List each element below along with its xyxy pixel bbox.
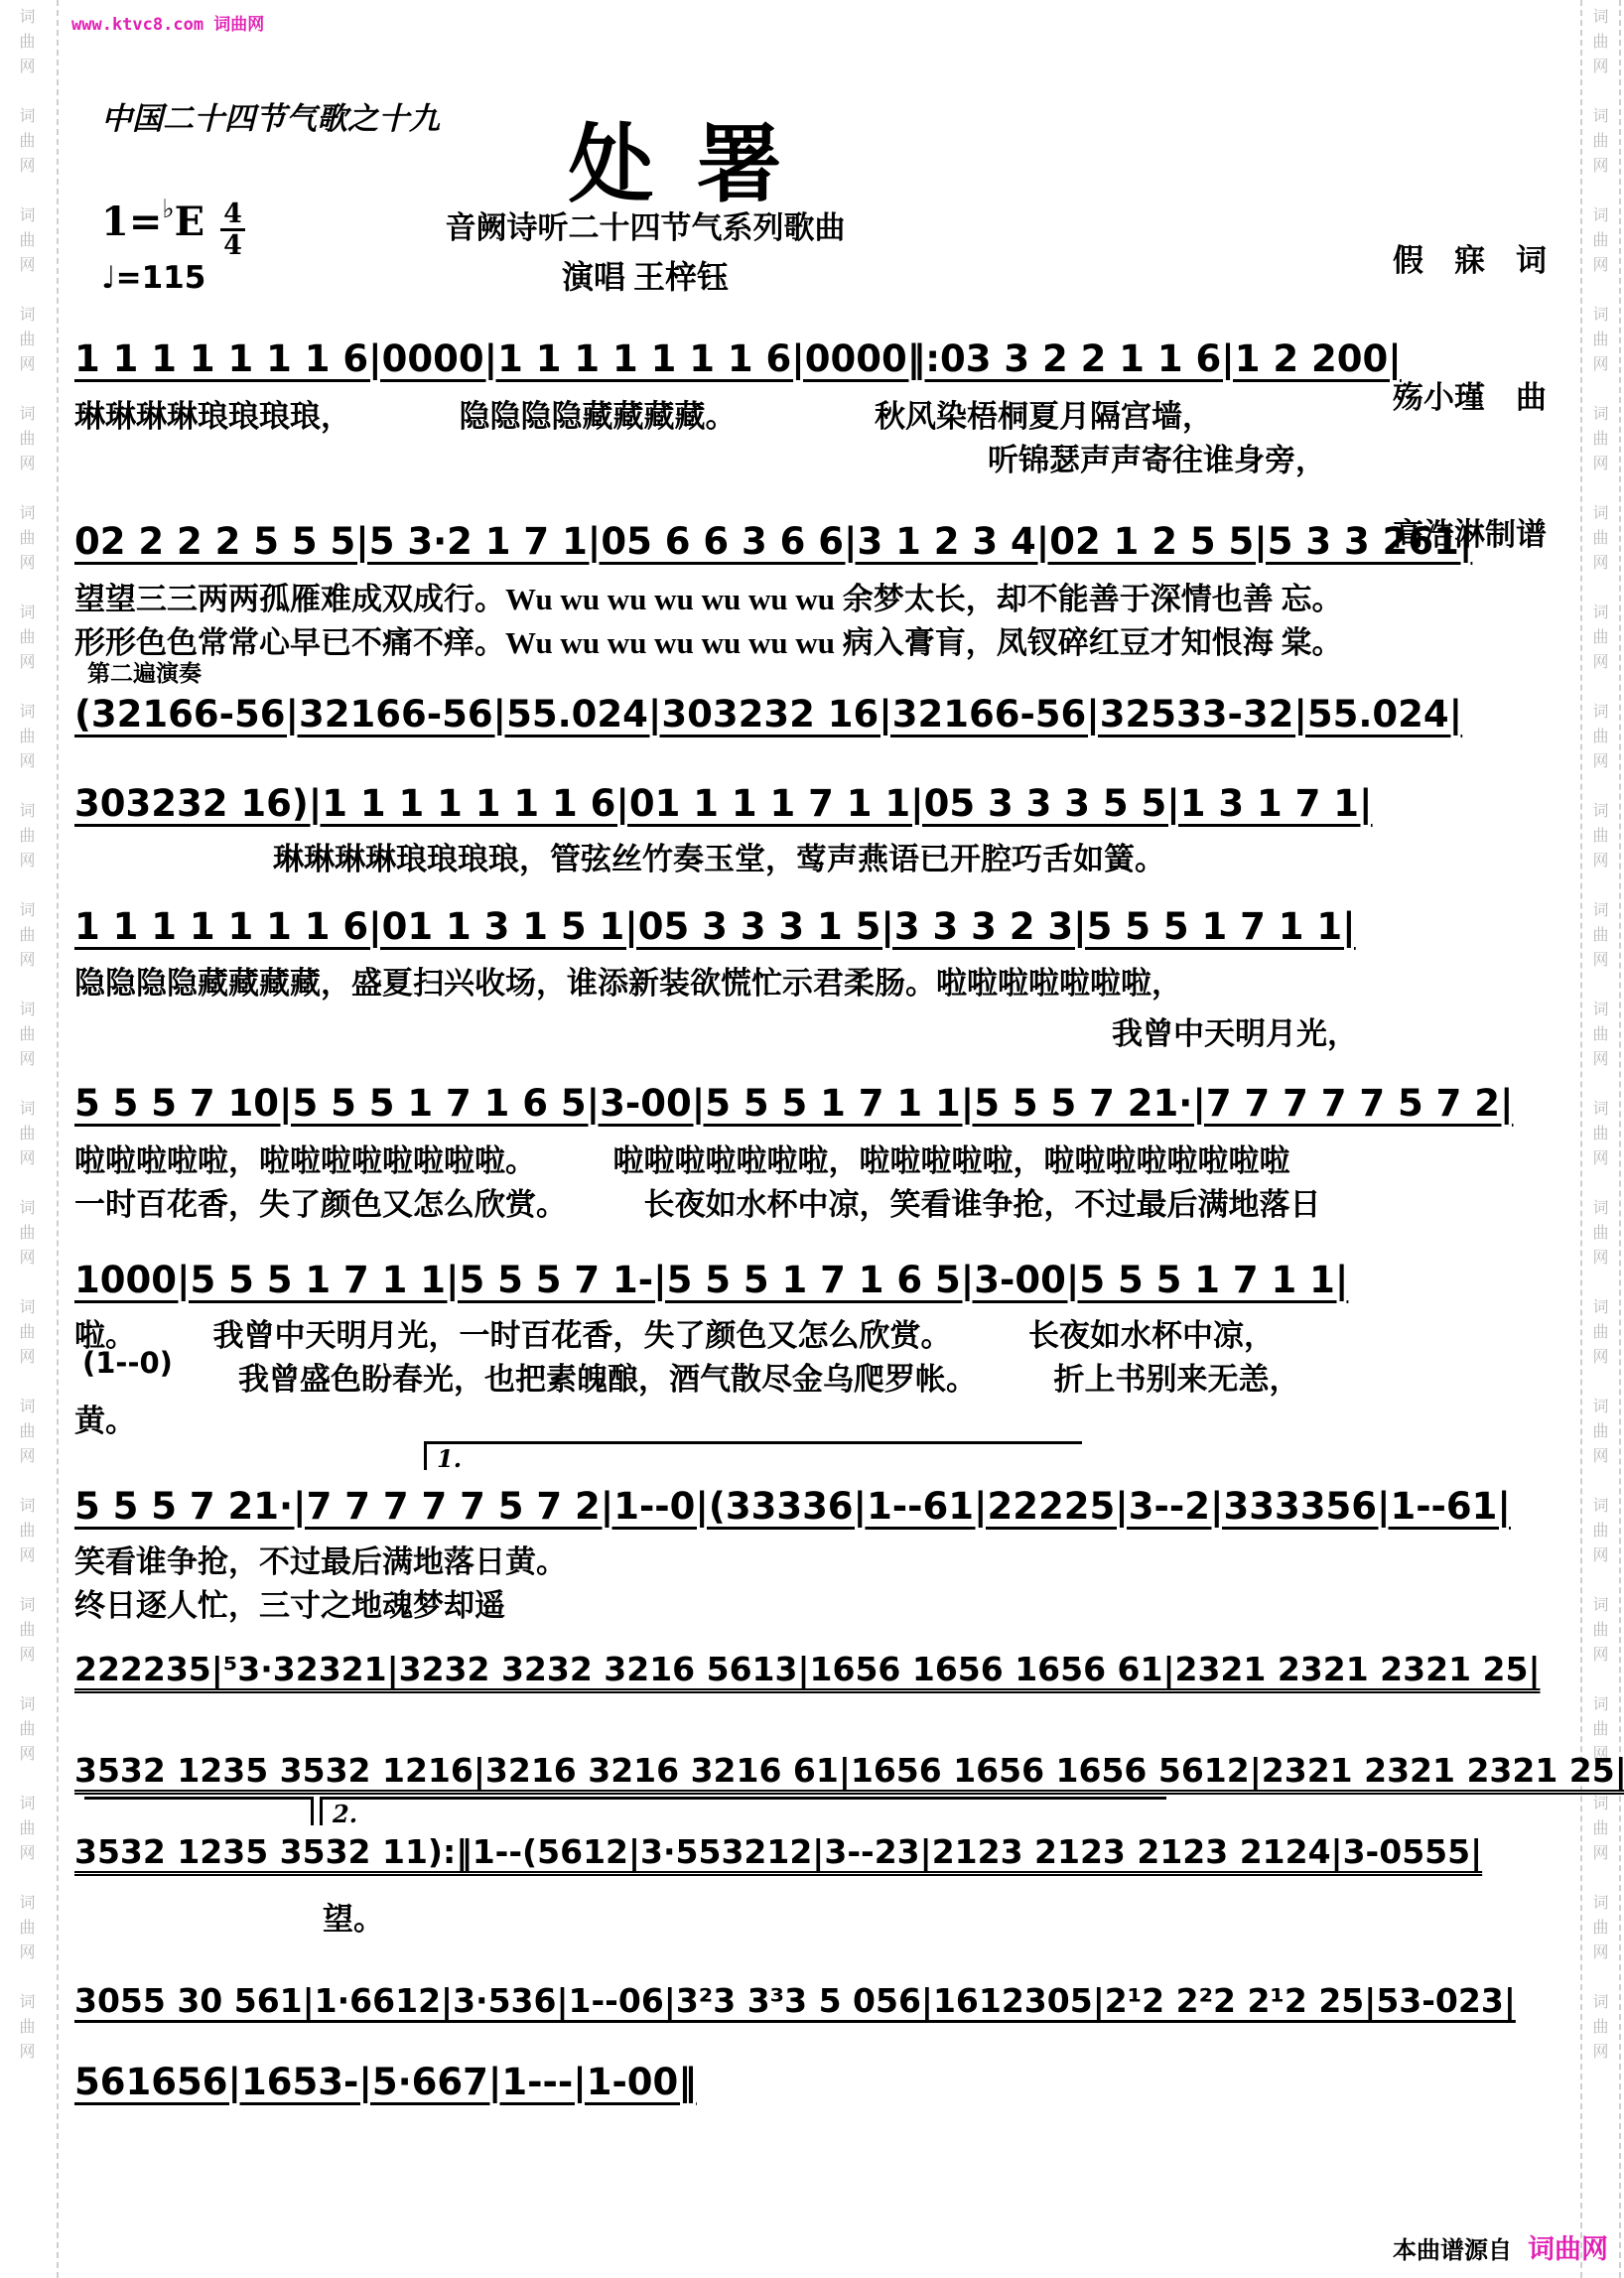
notes-line-8: 5 5 5 7 21·|7 7 7 7 7 5 7 2|1--0|(33336|… [74,1485,1561,1528]
notes-line-9: 222235|⁵3·32321|3232 3232 3216 5613|1656… [74,1650,1561,1688]
notes-line-3: (32166-56|32166-56|55.024|303232 16|3216… [74,693,1561,736]
notes-line-1: 1 1 1 1 1 1 1 6|0000|1 1 1 1 1 1 1 6|000… [74,337,1561,380]
flat-icon: ♭ [162,195,174,224]
lyrics-line-6a: 啦啦啦啦啦，啦啦啦啦啦啦啦啦。 啦啦啦啦啦啦啦，啦啦啦啦啦，啦啦啦啦啦啦啦啦 [74,1136,1573,1180]
key-prefix: 1= [101,199,162,245]
lyrics-line-7b: 我曾盛色盼春光，也把素魄酿，酒气散尽金乌爬罗帐。 折上书别来无恙， [74,1354,1624,1399]
lyrics-line-7c: 黄。 [74,1396,1573,1440]
volta-1-bracket: 1. [424,1441,1082,1470]
notes-line-10: 3532 1235 3532 1216|3216 3216 3216 61|16… [74,1751,1561,1790]
time-signature-top: 4 [220,201,245,228]
song-title: 处 署 [328,95,1022,218]
volta-1-continuation-bracket [84,1797,314,1825]
volta-1-label: 1. [427,1444,462,1473]
lyrics-line-5a: 隐隐隐隐藏藏藏藏，盛夏扫兴收场，谁添新装欲慌忙示君柔肠。啦啦啦啦啦啦啦， [74,958,1573,1003]
time-signature-bottom: 4 [220,228,245,260]
second-pass-label: 第二遍演奏 [87,655,202,688]
tempo-value: =115 [116,260,206,296]
left-side-watermark: 词曲网 词曲网 词曲网 词曲网 词曲网 词曲网 词曲网 词曲网 词曲网 词曲网 … [14,8,37,2068]
lyrics-line-6b: 一时百花香，失了颜色又怎么欣赏。 长夜如水杯中凉，笑看谁争抢，不过最后满地落日 [74,1179,1573,1224]
notes-line-5: 1 1 1 1 1 1 1 6|01 1 3 1 5 1|05 3 3 3 1 … [74,905,1561,948]
site-watermark: www.ktvc8.com 词曲网 [71,10,264,35]
notes-line-4: 303232 16)|1 1 1 1 1 1 1 6|01 1 1 1 7 1 … [74,782,1561,825]
notes-line-6: 5 5 5 7 10|5 5 5 1 7 1 6 5|3-00|5 5 5 1 … [74,1082,1561,1125]
notes-line-2: 02 2 2 2 5 5 5|5 3·2 1 7 1|05 6 6 3 6 6|… [74,520,1561,563]
lyrics-line-7a: 啦。 我曾中天明月光，一时百花香，失了颜色又怎么欣赏。 长夜如水杯中凉， [74,1310,1573,1355]
credit-lyricist: 假 寐 词 [1393,238,1547,284]
lyrics-line-1a: 琳琳琳琳琅琅琅琅， 隐隐隐隐藏藏藏藏。 秋风染梧桐夏月隔宫墙， [74,391,1573,436]
left-margin-dashed-line [57,0,59,2278]
lyrics-line-5b: 我曾中天明月光， [74,1008,1624,1053]
volta-2-label: 2. [323,1800,357,1828]
song-subtitle: 音阙诗听二十四节气系列歌曲 [298,202,993,247]
lyrics-line-11: 望。 [74,1894,1624,1939]
tempo-marking: ♩=115 [101,260,205,296]
sheet-music-page: 词曲网 词曲网 词曲网 词曲网 词曲网 词曲网 词曲网 词曲网 词曲网 词曲网 … [0,0,1624,2278]
notes-line-12: 3055 30 561|1·6612|3·536|1--06|3²3 3³3 5… [74,1981,1561,2020]
notes-line-13: 561656|1653-|5·667|1---|1-00‖ [74,2061,1561,2103]
performer: 演唱 王梓钰 [298,252,993,298]
quarter-note-icon: ♩ [101,260,116,296]
lyrics-line-8a: 笑看谁争抢，不过最后满地落日黄。 [74,1537,1573,1581]
notes-line-11: 3532 1235 3532 11):‖1--(5612|3·553212|3-… [74,1832,1561,1871]
key-signature: 1=♭E 4 4 [101,199,245,259]
lyrics-line-4: 琳琳琳琳琅琅琅琅，管弦丝竹奏玉堂，莺声燕语已开腔巧舌如簧。 [74,834,1624,878]
footer-attribution: 本曲谱源自词曲网 [1393,2227,1608,2266]
notes-line-7: 1000|5 5 5 1 7 1 1|5 5 5 7 1-|5 5 5 1 7 … [74,1259,1561,1301]
time-signature: 4 4 [220,201,245,261]
volta-2-bracket: 2. [320,1797,1166,1825]
footer-source-text: 本曲谱源自 [1393,2238,1512,2264]
footer-brand: 词曲网 [1528,2234,1608,2264]
key-note: E [175,199,205,245]
lyrics-line-2b: 形形色色常常心早已不痛不痒。Wu wu wu wu wu wu wu 病入膏肓，… [74,617,1573,662]
lyrics-line-1b: 听锦瑟声声寄往谁身旁， [74,435,1624,479]
lyrics-line-8b: 终日逐人忙，三寸之地魂梦却遥 [74,1580,1573,1625]
lyrics-line-2a: 望望三三两两孤雁难成双成行。Wu wu wu wu wu wu wu 余梦太长，… [74,574,1573,618]
